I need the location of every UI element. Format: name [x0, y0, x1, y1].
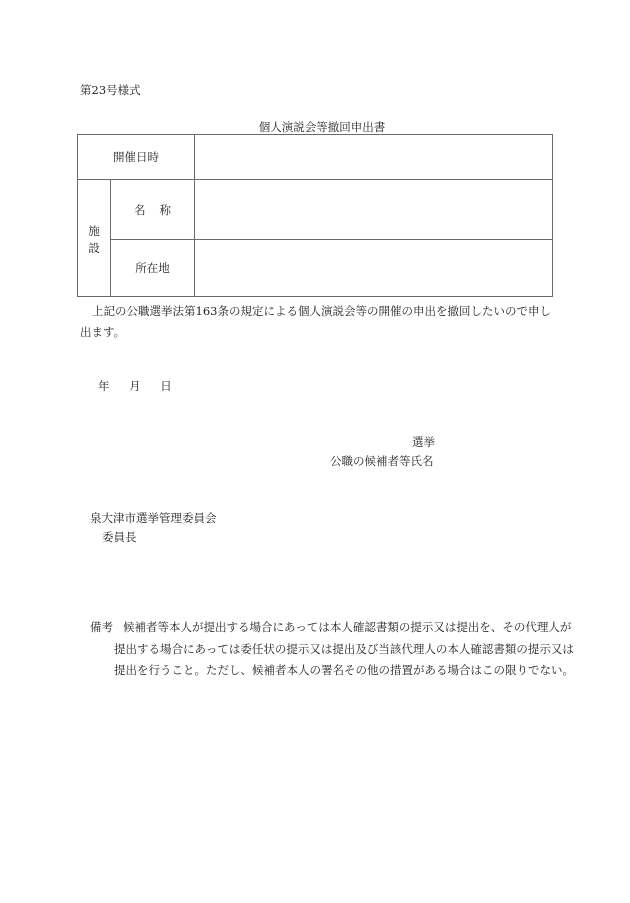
statement-text: 上記の公職選挙法第163条の規定による個人演説会等の開催の申出を撤回したいので申… — [80, 301, 554, 343]
row-facility-name: 施 設 名称 — [78, 180, 553, 240]
facility-location-field[interactable] — [195, 240, 553, 297]
row-facility-location: 所在地 — [78, 240, 553, 297]
facility-char-2: 設 — [78, 240, 110, 257]
facility-name-field[interactable] — [195, 180, 553, 240]
remarks-heading: 備考 — [90, 620, 113, 634]
row-event-datetime: 開催日時 — [78, 135, 553, 180]
facility-name-label: 名称 — [111, 180, 195, 240]
remarks: 備考候補者等本人が提出する場合にあっては本人確認書類の提示又は提出を、その代理人… — [90, 617, 578, 682]
application-table: 開催日時 施 設 名称 所在地 — [77, 134, 553, 297]
facility-location-label: 所在地 — [111, 240, 195, 297]
facility-char-1: 施 — [78, 223, 110, 240]
document-title: 個人演説会等撤回申出書 — [0, 119, 630, 135]
event-datetime-field[interactable] — [195, 135, 553, 180]
addressee-committee: 泉大津市選挙管理委員会 — [90, 510, 217, 526]
date-line: 年 月 日 — [98, 378, 172, 394]
event-datetime-label: 開催日時 — [78, 135, 195, 180]
candidate-name-label: 公職の候補者等氏名 — [330, 453, 434, 469]
facility-group-label: 施 設 — [78, 180, 111, 297]
addressee-title: 委員長 — [102, 529, 137, 545]
election-label: 選挙 — [412, 434, 435, 450]
remarks-text: 候補者等本人が提出する場合にあっては本人確認書類の提示又は提出を、その代理人が提… — [114, 620, 574, 677]
form-number: 第23号様式 — [80, 82, 141, 98]
